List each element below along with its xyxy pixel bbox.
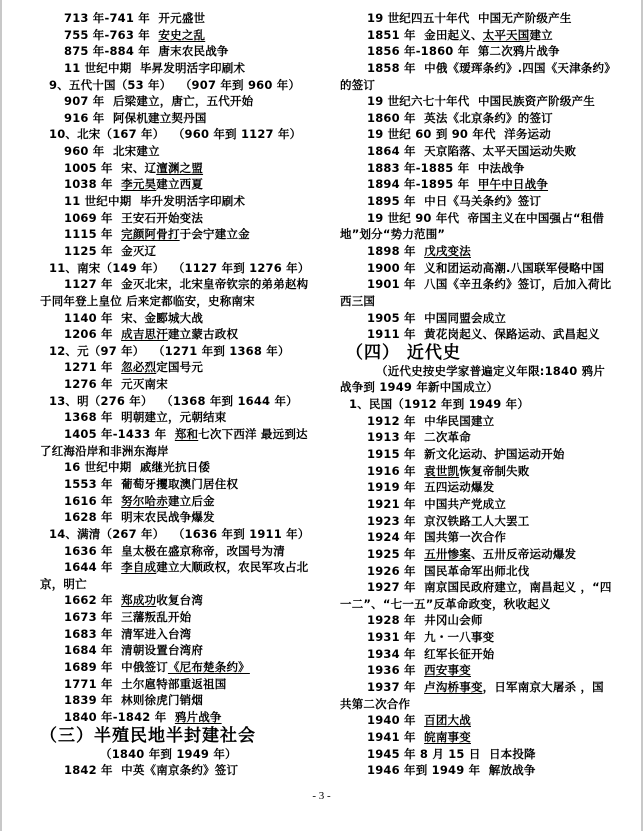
section-note-line2: 战争到 1949 年新中国成立）: [340, 379, 632, 396]
entry-event: 的签订: [340, 78, 375, 92]
timeline-list-left: 713 年-741 年 开元盛世755 年-763 年 安史之乱875 年-88…: [40, 10, 320, 726]
entry-date: 19 世纪 90 年代: [367, 211, 459, 225]
timeline-entry: 1125 年 金灭辽: [40, 243, 320, 260]
timeline-entry: 1900 年 义和团运动高潮.八国联军侵略中国: [340, 260, 632, 277]
timeline-entry: 1127 年 金灭北宋，北宋皇帝钦宗的弟弟赵构: [40, 276, 320, 293]
timeline-entry: 1、民国（1912 年到 1949 年）: [340, 396, 632, 413]
entry-event-prefix: 中俄签订: [121, 660, 168, 674]
timeline-entry: 1905 年 中国同盟会成立: [340, 310, 632, 327]
timeline-entry: 1840 年-1842 年 鸦片战争: [40, 709, 320, 726]
timeline-entry: 1842 年 中英《南京条约》签订: [40, 762, 320, 779]
entry-event: 日本投降: [489, 747, 536, 761]
timeline-entry: 11 世纪中期 毕昇发明活字印刷术: [40, 60, 320, 77]
entry-event: 明朝建立，元朝结束: [121, 410, 226, 424]
entry-date: 907 年: [64, 94, 105, 108]
timeline-entry: 10、北宋（167 年） （960 年到 1127 年）: [40, 126, 320, 143]
entry-event: 清朝设置台湾府: [121, 643, 203, 657]
entry-event: 二次革命: [424, 430, 471, 444]
entry-key-term: 努尔哈赤: [121, 494, 168, 508]
entry-date: 1005 年: [64, 161, 113, 175]
timeline-entry: 1856 年-1860 年 第二次鸦片战争: [340, 43, 632, 60]
entry-event: 毕升发明活字印刷术: [140, 194, 245, 208]
entry-key-term: 五卅惨案: [424, 547, 471, 561]
entry-date: 1924 年: [367, 530, 416, 544]
timeline-entry: 1673 年 三藩叛乱开始: [40, 609, 320, 626]
entry-event: 国民革命军出师北伐: [424, 564, 529, 578]
timeline-entry: 1644 年 李自成建立大顺政权，农民军攻占北: [40, 559, 320, 576]
timeline-entry: 19 世纪 60 到 90 年代 洋务运动: [340, 126, 632, 143]
entry-date: 12、元（97 年）: [49, 344, 145, 358]
entry-date: 1636 年: [64, 544, 113, 558]
timeline-entry: 1405 年-1433 年 郑和七次下西洋 最远到达: [40, 426, 320, 443]
entry-date: 1931 年: [367, 630, 416, 644]
left-column: 713 年-741 年 开元盛世755 年-763 年 安史之乱875 年-88…: [40, 10, 320, 779]
entry-event: （1127 年到 1276 年）: [173, 261, 310, 275]
entry-date: 1839 年: [64, 693, 113, 707]
entry-date: 1276 年: [64, 377, 113, 391]
entry-event: 建立蒙古政权: [168, 327, 238, 341]
entry-event: 中国无产阶级产生: [478, 11, 572, 25]
entry-date: 1898 年: [367, 244, 416, 258]
entry-date: 1851 年: [367, 28, 416, 42]
timeline-entry: 13、明（276 年） （1368 年到 1644 年）: [40, 393, 320, 410]
timeline-entry: 1858 年 中俄《瑷珲条约》.四国《天津条约》: [340, 60, 632, 77]
timeline-entry-continuation: 西三国: [340, 293, 632, 310]
entry-event: 中国共产党成立: [424, 497, 506, 511]
entry-event: 于会宁建立金: [180, 227, 250, 241]
entry-event: 帝国主义在中国强占“租借: [468, 211, 604, 225]
timeline-entry: 1911 年 黄花岗起义、保路运动、武昌起义: [340, 326, 632, 343]
entry-key-term: 西安事变: [424, 663, 471, 677]
entry-date: 916 年: [64, 111, 105, 125]
entry-event: 开元盛世: [158, 11, 205, 25]
entry-date: 1895 年: [367, 194, 416, 208]
entry-date: 755 年-763 年: [64, 28, 150, 42]
timeline-entry: 1925 年 五卅惨案、五卅反帝运动爆发: [340, 546, 632, 563]
timeline-entry: 907 年 后梁建立，唐亡，五代开始: [40, 93, 320, 110]
entry-date: 1368 年: [64, 410, 113, 424]
entry-date: 1901 年: [367, 277, 416, 291]
timeline-entry: 1005 年 宋、辽澶渊之盟: [40, 160, 320, 177]
timeline-entry: 1683 年 清军进入台湾: [40, 626, 320, 643]
entry-event: 土尔扈特部重返祖国: [121, 677, 226, 691]
entry-date: 1616 年: [64, 494, 113, 508]
timeline-entry: 1926 年 国民革命军出师北伐: [340, 563, 632, 580]
entry-date: 14、满清（267 年）: [49, 527, 164, 541]
timeline-entry: 1941 年 皖南事变: [340, 729, 632, 746]
entry-date: 1905 年: [367, 311, 416, 325]
entry-date: 1684 年: [64, 643, 113, 657]
entry-date: 1937 年: [367, 680, 416, 694]
timeline-entry-continuation: 了红海沿岸和非洲东海岸: [40, 443, 320, 460]
entry-event: 北宋建立: [113, 144, 160, 158]
entry-event: 戚继光抗日倭: [140, 460, 210, 474]
entry-date: 11 世纪中期: [64, 194, 131, 208]
entry-date: 1689 年: [64, 660, 113, 674]
entry-date: 19 世纪 60 到 90 年代: [367, 127, 496, 141]
timeline-entry: 14、满清（267 年） （1636 年到 1911 年）: [40, 526, 320, 543]
timeline-entry: 1864 年 天京陷落、太平天国运动失败: [340, 143, 632, 160]
entry-event: 明末农民战争爆发: [121, 510, 215, 524]
entry-event: 、五卅反帝运动爆发: [471, 547, 576, 561]
entry-event: 共第二次合作: [340, 697, 410, 711]
timeline-entry: 1931 年 九・一八事变: [340, 629, 632, 646]
entry-event: 新文化运动、护国运动开始: [424, 447, 564, 461]
entry-key-term: 太平天国: [483, 28, 530, 42]
entry-key-term: 卢沟桥事变: [424, 680, 483, 694]
entry-event: 宋、金郾城大战: [121, 311, 203, 325]
timeline-entry: 1923 年 京汉铁路工人大罢工: [340, 513, 632, 530]
entry-event: （1271 年到 1368 年）: [153, 344, 290, 358]
entry-key-term: 澶渊之盟: [156, 161, 203, 175]
entry-date: 9、五代十国（53 年）: [49, 78, 171, 92]
entry-date: 13、明（276 年）: [49, 394, 153, 408]
entry-date: 1916 年: [367, 464, 416, 478]
timeline-entry: 1636 年 皇太极在盛京称帝，改国号为清: [40, 543, 320, 560]
entry-date: 1927 年: [367, 580, 416, 594]
entry-date: 1125 年: [64, 244, 113, 258]
entry-event: 葡萄牙攫取澳门居住权: [121, 477, 238, 491]
timeline-entry: 1912 年 中华民国建立: [340, 413, 632, 430]
entry-date: 713 年-741 年: [64, 11, 150, 25]
timeline-list-right-a: 19 世纪四五十年代 中国无产阶级产生1851 年 金田起义、太平天国建立185…: [340, 10, 632, 343]
entry-date: 1940 年: [367, 713, 416, 727]
entry-event: 后梁建立，唐亡，五代开始: [113, 94, 253, 108]
entry-date: 16 世纪中期: [64, 460, 131, 474]
timeline-entry: 875 年-884 年 唐末农民战争: [40, 43, 320, 60]
timeline-entry: 1915 年 新文化运动、护国运动开始: [340, 446, 632, 463]
right-column: 19 世纪四五十年代 中国无产阶级产生1851 年 金田起义、太平天国建立185…: [340, 10, 632, 779]
timeline-entry: 1206 年 成吉思汗建立蒙古政权: [40, 326, 320, 343]
entry-date: 1941 年: [367, 730, 416, 744]
entry-event: 京，明亡: [40, 577, 87, 591]
section-heading-modern-history: （四） 近代史: [340, 343, 632, 363]
entry-event: 五四运动爆发: [424, 480, 494, 494]
entry-key-term: 安史之乱: [158, 28, 205, 42]
entry-date: 1900 年: [367, 261, 416, 275]
entry-key-term: 完颜阿骨打: [121, 227, 180, 241]
timeline-entry: 1927 年 南京国民政府建立，南昌起义 ，“四: [340, 579, 632, 596]
entry-date: 1934 年: [367, 647, 416, 661]
entry-event: 一二”、“七一五”反革命政变，秋收起义: [340, 597, 550, 611]
entry-event: 三藩叛乱开始: [121, 610, 191, 624]
entry-date: 1923 年: [367, 514, 416, 528]
entry-date: 1140 年: [64, 311, 113, 325]
timeline-entry: 1115 年 完颜阿骨打于会宁建立金: [40, 226, 320, 243]
entry-date: 1405 年-1433 年: [64, 427, 166, 441]
entry-event: 国共第一次合作: [424, 530, 506, 544]
entry-event: 英法《北京条约》的签订: [424, 111, 553, 125]
entry-event: 元灭南宋: [121, 377, 168, 391]
entry-date: 1864 年: [367, 144, 416, 158]
timeline-entry: 1553 年 葡萄牙攫取澳门居住权: [40, 476, 320, 493]
entry-key-term: 成吉思汗: [121, 327, 168, 341]
entry-event: 中国民族资产阶级产生: [478, 94, 595, 108]
entry-event: 定国号元: [156, 360, 203, 374]
timeline-entry: 1898 年 戊戌变法: [340, 243, 632, 260]
section-heading-semicolonial: （三）半殖民地半封建社会: [40, 726, 320, 746]
entry-date: 1925 年: [367, 547, 416, 561]
timeline-entry: 19 世纪六七十年代 中国民族资产阶级产生: [340, 93, 632, 110]
entry-date: 1921 年: [367, 497, 416, 511]
entry-event: 清军进入台湾: [121, 627, 191, 641]
entry-date: 1856 年-1860 年: [367, 44, 469, 58]
entry-event: 南京国民政府建立，南昌起义 ，“四: [424, 580, 611, 594]
entry-event: 第二次鸦片战争: [478, 44, 560, 58]
entry-event: 皇太极在盛京称帝，改国号为清: [121, 544, 285, 558]
entry-event: 王安石开始变法: [121, 211, 203, 225]
timeline-entry: 1916 年 袁世凯恢复帝制失败: [340, 463, 632, 480]
timeline-entry-continuation: 地”划分“势力范围”: [340, 226, 632, 243]
entry-date: 1115 年: [64, 227, 113, 241]
timeline-entry: 1946 年到 1949 年 解放战争: [340, 762, 632, 779]
entry-date: 1926 年: [367, 564, 416, 578]
timeline-entry: 916 年 阿保机建立契丹国: [40, 110, 320, 127]
entry-date: 19 世纪六七十年代: [367, 94, 470, 108]
timeline-entry: 1069 年 王安石开始变法: [40, 210, 320, 227]
entry-date: 1928 年: [367, 613, 416, 627]
entry-date: 1911 年: [367, 327, 416, 341]
entry-date: 1673 年: [64, 610, 113, 624]
entry-event: 建立: [529, 28, 552, 42]
entry-event: 阿保机建立契丹国: [113, 111, 207, 125]
entry-event: （1368 年到 1644 年）: [161, 394, 298, 408]
entry-date: 1、民国（1912 年到 1949 年）: [349, 397, 529, 411]
timeline-entry: 1928 年 井冈山会师: [340, 612, 632, 629]
timeline-entry: 11、南宋（149 年） （1127 年到 1276 年）: [40, 260, 320, 277]
entry-date: 1206 年: [64, 327, 113, 341]
entry-date: 1662 年: [64, 593, 113, 607]
entry-event: 井冈山会师: [424, 613, 483, 627]
entry-event: 收复台湾: [156, 593, 203, 607]
timeline-entry: 1940 年 百团大战: [340, 712, 632, 729]
entry-event: 解放战争: [489, 763, 536, 777]
entry-event: 七次下西洋 最远到达: [198, 427, 308, 441]
entry-key-term: 李元昊: [121, 177, 156, 191]
timeline-entry: 1934 年 红军长征开始: [340, 646, 632, 663]
entry-event-prefix: 宋、辽: [121, 161, 156, 175]
timeline-entry: 1140 年 宋、金郾城大战: [40, 310, 320, 327]
timeline-entry: 960 年 北宋建立: [40, 143, 320, 160]
entry-key-term: 百团大战: [424, 713, 471, 727]
entry-date: 1946 年到 1949 年: [367, 763, 480, 777]
entry-date: 1842 年: [64, 763, 113, 777]
entry-key-term: 甲午中日战争: [478, 177, 548, 191]
entry-event: 建立后金: [168, 494, 215, 508]
entry-date: 1936 年: [367, 663, 416, 677]
timeline-entry: 713 年-741 年 开元盛世: [40, 10, 320, 27]
timeline-list-right-b: 1、民国（1912 年到 1949 年） 1912 年 中华民国建立1913 年…: [340, 396, 632, 779]
timeline-entry: 19 世纪 90 年代 帝国主义在中国强占“租借: [340, 210, 632, 227]
timeline-entry: 1684 年 清朝设置台湾府: [40, 642, 320, 659]
entry-date: 11、南宋（149 年）: [49, 261, 164, 275]
entry-event: 义和团运动高潮.八国联军侵略中国: [424, 261, 604, 275]
entry-key-term: 郑和: [175, 427, 198, 441]
entry-event: （960 年到 1127 年）: [173, 127, 302, 141]
entry-date: 1945 年 8 月 15 日: [367, 747, 481, 761]
timeline-entry: 19 世纪四五十年代 中国无产阶级产生: [340, 10, 632, 27]
timeline-entry: 11 世纪中期 毕升发明活字印刷术: [40, 193, 320, 210]
entry-event: 中华民国建立: [424, 414, 494, 428]
entry-date: 1912 年: [367, 414, 416, 428]
entry-event: 唐末农民战争: [158, 44, 228, 58]
entry-event: 恢复帝制失败: [459, 464, 529, 478]
timeline-entry: 1771 年 土尔扈特部重返祖国: [40, 676, 320, 693]
timeline-entry: 1913 年 二次革命: [340, 429, 632, 446]
entry-date: 1644 年: [64, 560, 113, 574]
timeline-entry: 755 年-763 年 安史之乱: [40, 27, 320, 44]
entry-event: 中俄《瑷珲条约》.四国《天津条约》: [424, 61, 616, 75]
entry-date: 1628 年: [64, 510, 113, 524]
timeline-entry: 1860 年 英法《北京条约》的签订: [340, 110, 632, 127]
timeline-entry: 1662 年 郑成功收复台湾: [40, 592, 320, 609]
timeline-entry: 1628 年 明末农民战争爆发: [40, 509, 320, 526]
entry-key-term: 《尼布楚条约》: [168, 660, 250, 674]
entry-event: 中日《马关条约》签订: [424, 194, 541, 208]
entry-key-term: 鸦片战争: [175, 710, 222, 724]
entry-date: 1553 年: [64, 477, 113, 491]
entry-date: 1271 年: [64, 360, 113, 374]
timeline-entry: 1894 年-1895 年 甲午中日战争: [340, 176, 632, 193]
timeline-entry: 12、元（97 年） （1271 年到 1368 年）: [40, 343, 320, 360]
entry-key-term: 袁世凯: [424, 464, 459, 478]
entry-event: 黄花岗起义、保路运动、武昌起义: [424, 327, 600, 341]
timeline-entry: 1936 年 西安事变: [340, 662, 632, 679]
page-edge-left: [0, 0, 2, 831]
entry-key-term: 郑成功: [121, 593, 156, 607]
entry-date: 1069 年: [64, 211, 113, 225]
timeline-entry: 1276 年 元灭南宋: [40, 376, 320, 393]
entry-event: 于同年登上皇位 后来定都临安，史称南宋: [40, 294, 255, 308]
entry-date: 1919 年: [367, 480, 416, 494]
entry-date: 1771 年: [64, 677, 113, 691]
timeline-entry: 1839 年 林则徐虎门销烟: [40, 692, 320, 709]
entry-date: 1858 年: [367, 61, 416, 75]
entry-event: 洋务运动: [504, 127, 551, 141]
timeline-entry: 1924 年 国共第一次合作: [340, 529, 632, 546]
entry-event: 京汉铁路工人大罢工: [424, 514, 529, 528]
entry-event: 红军长征开始: [424, 647, 494, 661]
timeline-entry: 1919 年 五四运动爆发: [340, 479, 632, 496]
timeline-entry: 1689 年 中俄签订《尼布楚条约》: [40, 659, 320, 676]
timeline-entry: 1945 年 8 月 15 日 日本投降: [340, 746, 632, 763]
timeline-entry-continuation: 于同年登上皇位 后来定都临安，史称南宋: [40, 293, 320, 310]
timeline-entry: 16 世纪中期 戚继光抗日倭: [40, 459, 320, 476]
entry-date: 875 年-884 年: [64, 44, 150, 58]
entry-event: 中英《南京条约》签订: [121, 763, 238, 777]
timeline-entry: 1368 年 明朝建立，元朝结束: [40, 409, 320, 426]
entry-date: 1894 年-1895 年: [367, 177, 469, 191]
timeline-entry-continuation: 一二”、“七一五”反革命政变，秋收起义: [340, 596, 632, 613]
entry-date: 10、北宋（167 年）: [49, 127, 164, 141]
timeline-entry-continuation: 的签订: [340, 77, 632, 94]
entry-event: 金灭北宋，北宋皇帝钦宗的弟弟赵构: [121, 277, 308, 291]
entry-date: 1915 年: [367, 447, 416, 461]
entry-key-term: 忽必烈: [121, 360, 156, 374]
entry-event: 地”划分“势力范围”: [340, 227, 445, 241]
entry-event: 建立西夏: [156, 177, 203, 191]
entry-event: 九・一八事变: [424, 630, 494, 644]
entry-event: 毕昇发明活字印刷术: [140, 61, 245, 75]
entry-event: 中法战争: [478, 161, 525, 175]
entry-event: 中国同盟会成立: [424, 311, 506, 325]
timeline-entry-continuation: 共第二次合作: [340, 696, 632, 713]
entry-event: （907 年到 960 年）: [180, 78, 300, 92]
entry-event: ，日军南京大屠杀 ，国: [483, 680, 604, 694]
timeline-entry: 9、五代十国（53 年） （907 年到 960 年）: [40, 77, 320, 94]
timeline-entry: 1921 年 中国共产党成立: [340, 496, 632, 513]
entry-key-term: 李自成: [121, 560, 156, 574]
entry-date: 1840 年-1842 年: [64, 710, 166, 724]
timeline-entry: 1271 年 忽必烈定国号元: [40, 359, 320, 376]
entry-event-prefix: 金田起义、: [424, 28, 483, 42]
entry-date: 1038 年: [64, 177, 113, 191]
entry-event: （1636 年到 1911 年）: [173, 527, 310, 541]
entry-event: 林则徐虎门销烟: [121, 693, 203, 707]
timeline-entry: 1038 年 李元昊建立西夏: [40, 176, 320, 193]
section-period: （1840 年到 1949 年）: [40, 746, 320, 763]
entry-date: 19 世纪四五十年代: [367, 11, 470, 25]
entry-date: 1683 年: [64, 627, 113, 641]
entry-event: 八国《辛丑条约》签订，后加入荷比: [424, 277, 611, 291]
entry-date: 1913 年: [367, 430, 416, 444]
entry-date: 960 年: [64, 144, 105, 158]
entry-date: 1127 年: [64, 277, 113, 291]
timeline-entry: 1937 年 卢沟桥事变，日军南京大屠杀 ，国: [340, 679, 632, 696]
entry-event: 西三国: [340, 294, 375, 308]
entry-date: 11 世纪中期: [64, 61, 131, 75]
entry-key-term: 皖南事变: [424, 730, 471, 744]
timeline-entry-continuation: 京，明亡: [40, 576, 320, 593]
timeline-entry: 1895 年 中日《马关条约》签订: [340, 193, 632, 210]
timeline-entry: 1901 年 八国《辛丑条约》签订，后加入荷比: [340, 276, 632, 293]
entry-event: 建立大顺政权，农民军攻占北: [156, 560, 308, 574]
timeline-entry: 1616 年 努尔哈赤建立后金: [40, 493, 320, 510]
entry-event: 天京陷落、太平天国运动失败: [424, 144, 576, 158]
entry-event: 金灭辽: [121, 244, 156, 258]
entry-date: 1883 年-1885 年: [367, 161, 469, 175]
section-note-line1: （近代史按史学家普遍定义年限:1840 鸦片: [340, 363, 632, 380]
entry-date: 1860 年: [367, 111, 416, 125]
timeline-entry: 1851 年 金田起义、太平天国建立: [340, 27, 632, 44]
entry-event: 了红海沿岸和非洲东海岸: [40, 444, 169, 458]
timeline-entry: 1883 年-1885 年 中法战争: [340, 160, 632, 177]
entry-key-term: 戊戌变法: [424, 244, 471, 258]
page-number: - 3 -: [0, 790, 643, 802]
